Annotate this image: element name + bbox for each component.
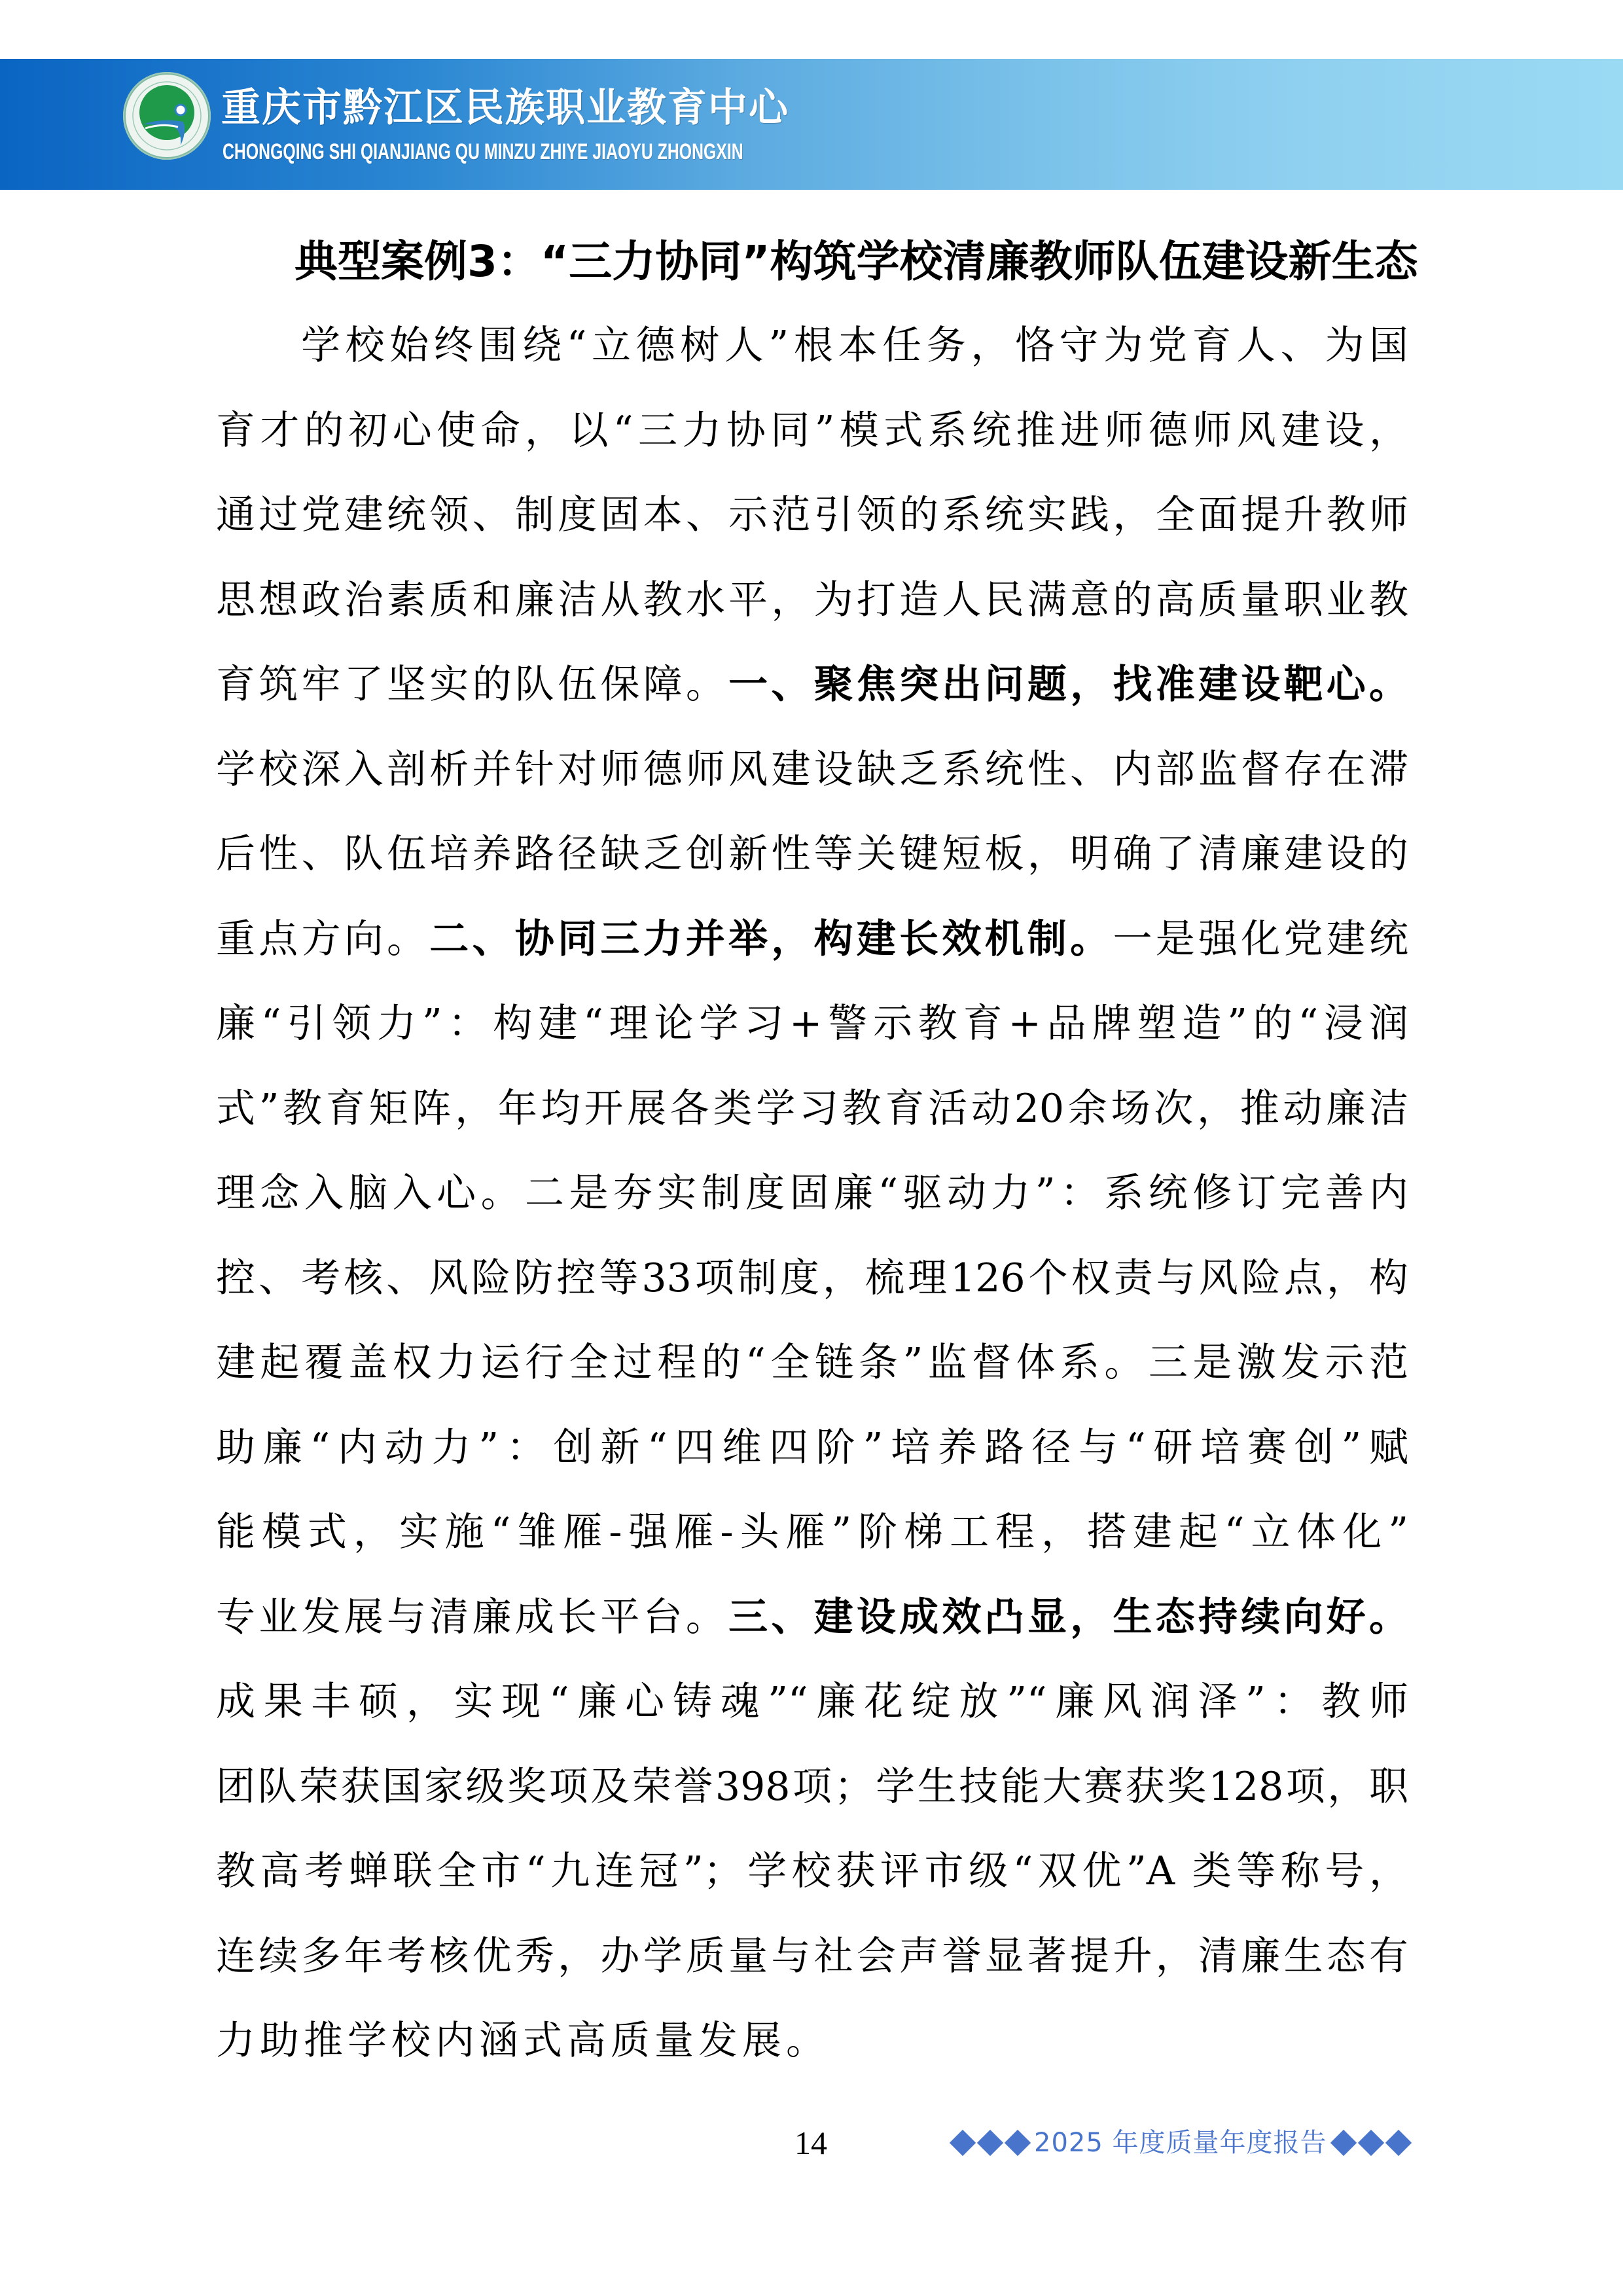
section-heading-2: 二、协同三力并举，构建长效机制。 bbox=[429, 916, 1113, 962]
body-line: 专业发展与清廉成长平台。三、建设成效凸显，生态持续向好。 bbox=[216, 1575, 1408, 1660]
body-line: 后性、队伍培养路径缺乏创新性等关键短板，明确了清廉建设的 bbox=[216, 812, 1408, 897]
body-line: 式”教育矩阵，年均开展各类学习教育活动20余场次，推动廉洁 bbox=[216, 1066, 1408, 1151]
body-line: 助廉“内动力”：创新“四维四阶”培养路径与“研培赛创”赋 bbox=[216, 1405, 1408, 1490]
body-line: 力助推学校内涵式高质量发展。 bbox=[216, 1998, 1408, 2083]
section-heading-3: 三、建设成效凸显，生态持续向好。 bbox=[728, 1594, 1408, 1640]
body-line: 重点方向。二、协同三力并举，构建长效机制。一是强化党建统 bbox=[216, 897, 1408, 982]
body-line: 控、考核、风险防控等33项制度，梳理126个权责与风险点，构 bbox=[216, 1236, 1408, 1321]
body-text: 团队荣获国家级奖项及荣誉398项；学生技能大赛获奖128项，职 bbox=[216, 1764, 1408, 1810]
body-text: 力助推学校内涵式高质量发展。 bbox=[216, 2018, 830, 2064]
section-heading-1: 一、聚焦突出问题，找准建设靶心。 bbox=[728, 662, 1408, 708]
body-text: 重点方向。 bbox=[216, 916, 429, 962]
school-name: 重庆市黔江区民族职业教育中心 bbox=[221, 85, 789, 131]
diamond-ornament-left bbox=[949, 2133, 1031, 2153]
body-text: 成果丰硕，实现“廉心铸魂”“廉花绽放”“廉风润泽”：教师 bbox=[216, 1679, 1408, 1725]
body-text: 式”教育矩阵，年均开展各类学习教育活动20余场次，推动廉洁 bbox=[216, 1086, 1408, 1132]
diamond-ornament-right bbox=[1330, 2133, 1412, 2153]
body-line: 成果丰硕，实现“廉心铸魂”“廉花绽放”“廉风润泽”：教师 bbox=[216, 1659, 1408, 1744]
school-name-pinyin: CHONGQING SHI QIANJIANG QU MINZU ZHIYE J… bbox=[223, 139, 743, 165]
body-line: 理念入脑入心。二是夯实制度固廉“驱动力”：系统修订完善内 bbox=[216, 1151, 1408, 1236]
body-line: 学校深入剖析并针对师德师风建设缺乏系统性、内部监督存在滞 bbox=[216, 727, 1408, 812]
diamond-icon bbox=[977, 2130, 1003, 2156]
body-line: 思想政治素质和廉洁从教水平，为打造人民满意的高质量职业教 bbox=[216, 558, 1408, 643]
school-emblem-icon bbox=[123, 72, 211, 160]
body-text: 育才的初心使命，以“三力协同”模式系统推进师德师风建设， bbox=[216, 408, 1408, 454]
diamond-icon bbox=[1385, 2130, 1411, 2156]
body-text: 专业发展与清廉成长平台。 bbox=[216, 1594, 728, 1640]
body-line: 通过党建统领、制度固本、示范引领的系统实践，全面提升教师 bbox=[216, 473, 1408, 558]
body-text: 控、考核、风险防控等33项制度，梳理126个权责与风险点，构 bbox=[216, 1255, 1408, 1301]
body-text: 思想政治素质和廉洁从教水平，为打造人民满意的高质量职业教 bbox=[216, 577, 1408, 623]
body-line: 育筑牢了坚实的队伍保障。一、聚焦突出问题，找准建设靶心。 bbox=[216, 642, 1408, 727]
diamond-icon bbox=[1005, 2130, 1031, 2156]
body-text: 一是强化党建统 bbox=[1113, 916, 1408, 962]
diamond-icon bbox=[1330, 2130, 1356, 2156]
body-text: 教高考蝉联全市“九连冠”；学校获评市级“双优”A 类等称号， bbox=[216, 1848, 1408, 1894]
body-text: 连续多年考核优秀，办学质量与社会声誉显著提升，清廉生态有 bbox=[216, 1933, 1408, 1979]
case-heading: 典型案例3：“三力协同”构筑学校清廉教师队伍建设新生态 bbox=[294, 236, 1410, 288]
body-text: 学校始终围绕“立德树人”根本任务，恪守为党育人、为国 bbox=[301, 323, 1408, 368]
body-line: 育才的初心使命，以“三力协同”模式系统推进师德师风建设， bbox=[216, 388, 1408, 473]
body-text: 育筑牢了坚实的队伍保障。 bbox=[216, 662, 728, 708]
diamond-icon bbox=[1357, 2130, 1383, 2156]
body-text: 廉“引领力”：构建“理论学习+警示教育+品牌塑造”的“浸润 bbox=[216, 1001, 1408, 1047]
body-text: 通过党建统领、制度固本、示范引领的系统实践，全面提升教师 bbox=[216, 492, 1408, 538]
page-number: 14 bbox=[794, 2125, 827, 2161]
body-line: 学校始终围绕“立德树人”根本任务，恪守为党育人、为国 bbox=[301, 303, 1408, 388]
body-line: 建起覆盖权力运行全过程的“全链条”监督体系。三是激发示范 bbox=[216, 1320, 1408, 1405]
body-text: 理念入脑入心。二是夯实制度固廉“驱动力”：系统修订完善内 bbox=[216, 1170, 1408, 1216]
body-text: 建起覆盖权力运行全过程的“全链条”监督体系。三是激发示范 bbox=[216, 1340, 1408, 1386]
body-line: 团队荣获国家级奖项及荣誉398项；学生技能大赛获奖128项，职 bbox=[216, 1744, 1408, 1829]
report-title: 2025 年度质量年度报告 bbox=[1034, 2126, 1327, 2160]
body-text: 能模式，实施“雏雁-强雁-头雁”阶梯工程，搭建起“立体化” bbox=[216, 1509, 1408, 1555]
header-banner: 重庆市黔江区民族职业教育中心 CHONGQING SHI QIANJIANG Q… bbox=[0, 59, 1623, 190]
body-line: 教高考蝉联全市“九连冠”；学校获评市级“双优”A 类等称号， bbox=[216, 1829, 1408, 1914]
body-line: 连续多年考核优秀，办学质量与社会声誉显著提升，清廉生态有 bbox=[216, 1914, 1408, 1999]
body-text: 学校深入剖析并针对师德师风建设缺乏系统性、内部监督存在滞 bbox=[216, 747, 1408, 793]
body-text: 后性、队伍培养路径缺乏创新性等关键短板，明确了清廉建设的 bbox=[216, 831, 1408, 877]
body-text: 助廉“内动力”：创新“四维四阶”培养路径与“研培赛创”赋 bbox=[216, 1425, 1408, 1471]
footer-report-title: 2025 年度质量年度报告 bbox=[949, 2126, 1415, 2160]
body-line: 能模式，实施“雏雁-强雁-头雁”阶梯工程，搭建起“立体化” bbox=[216, 1490, 1408, 1575]
diamond-icon bbox=[950, 2130, 976, 2156]
body-line: 廉“引领力”：构建“理论学习+警示教育+品牌塑造”的“浸润 bbox=[216, 981, 1408, 1066]
